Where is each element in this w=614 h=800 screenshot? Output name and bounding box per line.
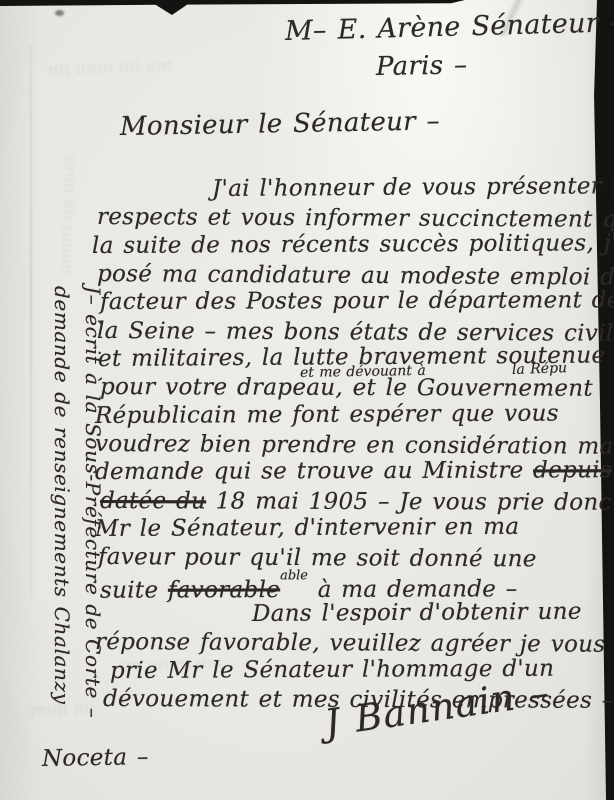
body-line: facteur des Postes pour le département d… — [100, 287, 614, 315]
body-line: Mr le Sénateur, d'intervenir en ma — [95, 514, 520, 542]
body-line: la suite de nos récents succès politique… — [92, 230, 614, 259]
corrected-word: favorable — [168, 577, 280, 603]
body-text: faveur pour qu'il me soit donné une — [98, 544, 537, 572]
body-text: demande qui se trouve au Ministre — [95, 457, 533, 485]
body-text: Dans l'espoir d'obtenir une — [252, 599, 582, 627]
body-text: facteur des Postes pour le département d… — [100, 287, 614, 315]
scan-edge-top — [0, 0, 465, 6]
bleedthrough-text: mu im mnu im — [48, 56, 173, 80]
superscript-correction: able — [280, 568, 308, 583]
margin-annotation: J– écrit à la Sous-Préfecture de Corte –… — [46, 286, 108, 718]
body-line: respects et vous informer succinctement … — [97, 204, 614, 233]
ink-smudge — [55, 10, 64, 16]
body-text: respects et vous informer succinctement … — [97, 204, 614, 233]
addressee-line: M– E. Arène Sénateur – — [285, 7, 614, 47]
body-text: Républicain me font espérer que vous — [95, 401, 559, 429]
margin-annotation-line: demande de renseignements Chalanzy — [46, 286, 77, 718]
body-text: J'ai l'honneur de vous présenter mes — [212, 173, 614, 202]
body-line: Républicain me font espérer que vous — [95, 401, 559, 429]
body-line: réponse favorable, veuillez agréer je vo… — [95, 629, 606, 658]
body-line: datée du 18 mai 1905 – Je vous prie donc — [100, 488, 612, 516]
body-text: voudrez bien prendre en considération ma — [95, 431, 614, 460]
body-line: voudrez bien prendre en considération ma — [95, 431, 614, 460]
body-text: 18 mai 1905 – Je vous prie donc — [206, 488, 612, 515]
vertical-crease — [30, 45, 32, 600]
body-line: faveur pour qu'il me soit donné une — [98, 544, 537, 572]
salutation: Monsieur le Sénateur – — [120, 106, 440, 142]
struck-word: depuis — [533, 457, 612, 483]
body-text: suite — [100, 577, 168, 603]
body-text: posé ma candidature au modeste emploi de — [97, 261, 614, 291]
body-line: J'ai l'honneur de vous présenter mes — [212, 173, 614, 202]
body-line: demande qui se trouve au Ministre depuis — [95, 457, 612, 485]
place-name: Noceta – — [42, 744, 149, 772]
body-line: posé ma candidature au modeste emploi de — [97, 261, 614, 291]
struck-word: datée du — [100, 488, 206, 514]
margin-annotation-line: J– écrit à la Sous-Préfecture de Corte – — [77, 286, 108, 718]
body-text: réponse favorable, veuillez agréer je vo… — [95, 629, 606, 658]
body-line: Dans l'espoir d'obtenir une — [252, 599, 582, 627]
city-line: Paris – — [376, 50, 468, 82]
letter-page: mu im mnu im num mi immu mn imnu mi im n… — [0, 0, 614, 800]
scan-edge-right — [593, 0, 614, 800]
paper-tear-notch — [148, 0, 194, 15]
bleedthrough-text: num mi immu — [55, 155, 79, 275]
body-line: pour votre drapeau, et le Gouvernement — [100, 374, 593, 402]
body-text: Mr le Sénateur, d'intervenir en ma — [95, 514, 520, 542]
body-text: la suite de nos récents succès politique… — [92, 230, 614, 259]
body-text: pour votre drapeau, et le Gouvernement — [100, 374, 593, 402]
